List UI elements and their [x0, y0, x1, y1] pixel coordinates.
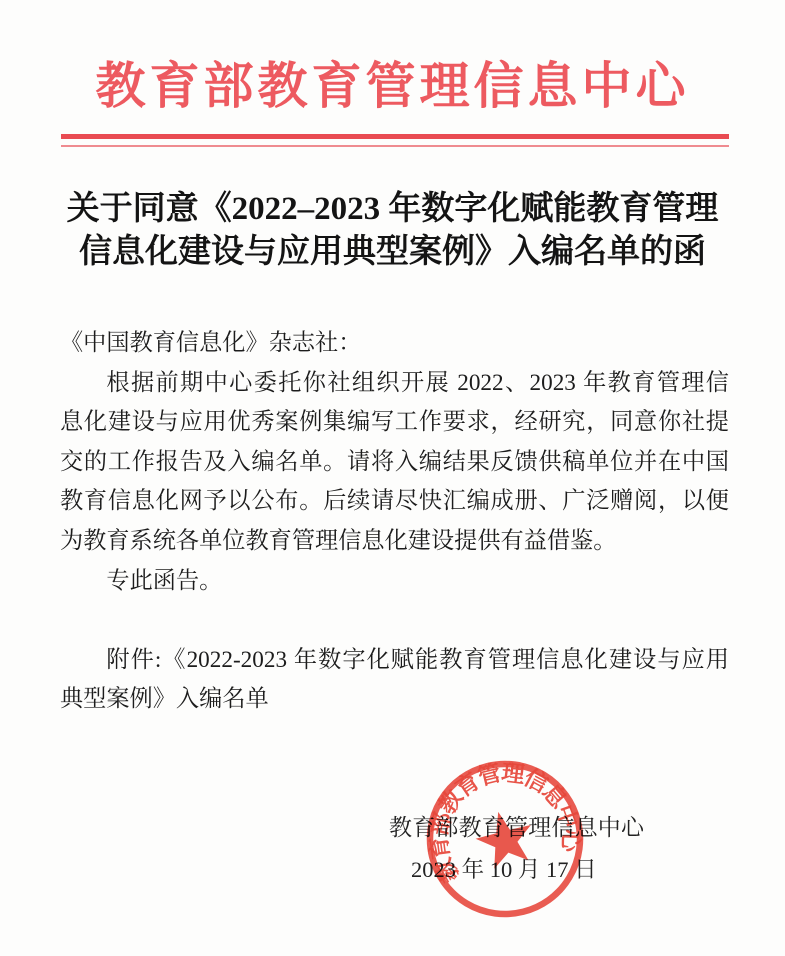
document-title: 关于同意《2022–2023 年数字化赋能教育管理 信息化建设与应用典型案例》入…	[30, 188, 755, 274]
letterhead-rule-thin	[61, 145, 729, 147]
body-line: 专此函告。	[60, 562, 729, 602]
document-title-line1: 关于同意《2022–2023 年数字化赋能教育管理	[30, 188, 755, 231]
letterhead-rule-thick	[61, 134, 729, 139]
scanned-letter-page: 教育部教育管理信息中心 关于同意《2022–2023 年数字化赋能教育管理 信息…	[0, 0, 785, 956]
body-line: 附件:《2022-2023 年数字化赋能教育管理信息化建设与应用	[60, 641, 729, 681]
signature-org-name: 教育部教育管理信息中心	[389, 809, 644, 842]
letter-body: 《中国教育信息化》杂志社：根据前期中心委托你社组织开展 2022、2023 年教…	[60, 324, 729, 720]
body-line: 根据前期中心委托你社组织开展 2022、2023 年教育管理信	[60, 364, 729, 404]
document-title-line2: 信息化建设与应用典型案例》入编名单的函	[30, 231, 755, 274]
body-line: 息化建设与应用优秀案例集编写工作要求，经研究，同意你社提	[60, 403, 729, 443]
body-line: 教育信息化网予以公布。后续请尽快汇编成册、广泛赠阅，以便	[60, 482, 729, 522]
body-line: 《中国教育信息化》杂志社：	[60, 324, 729, 364]
body-line: 典型案例》入编名单	[60, 680, 729, 720]
letterhead-org-name: 教育部教育管理信息中心	[0, 46, 785, 118]
signature-date: 2023 年 10 月 17 日	[411, 852, 597, 884]
body-line	[60, 601, 729, 641]
body-line: 为教育系统各单位教育管理信息化建设提供有益借鉴。	[60, 522, 729, 562]
body-line: 交的工作报告及入编名单。请将入编结果反馈供稿单位并在中国	[60, 443, 729, 483]
